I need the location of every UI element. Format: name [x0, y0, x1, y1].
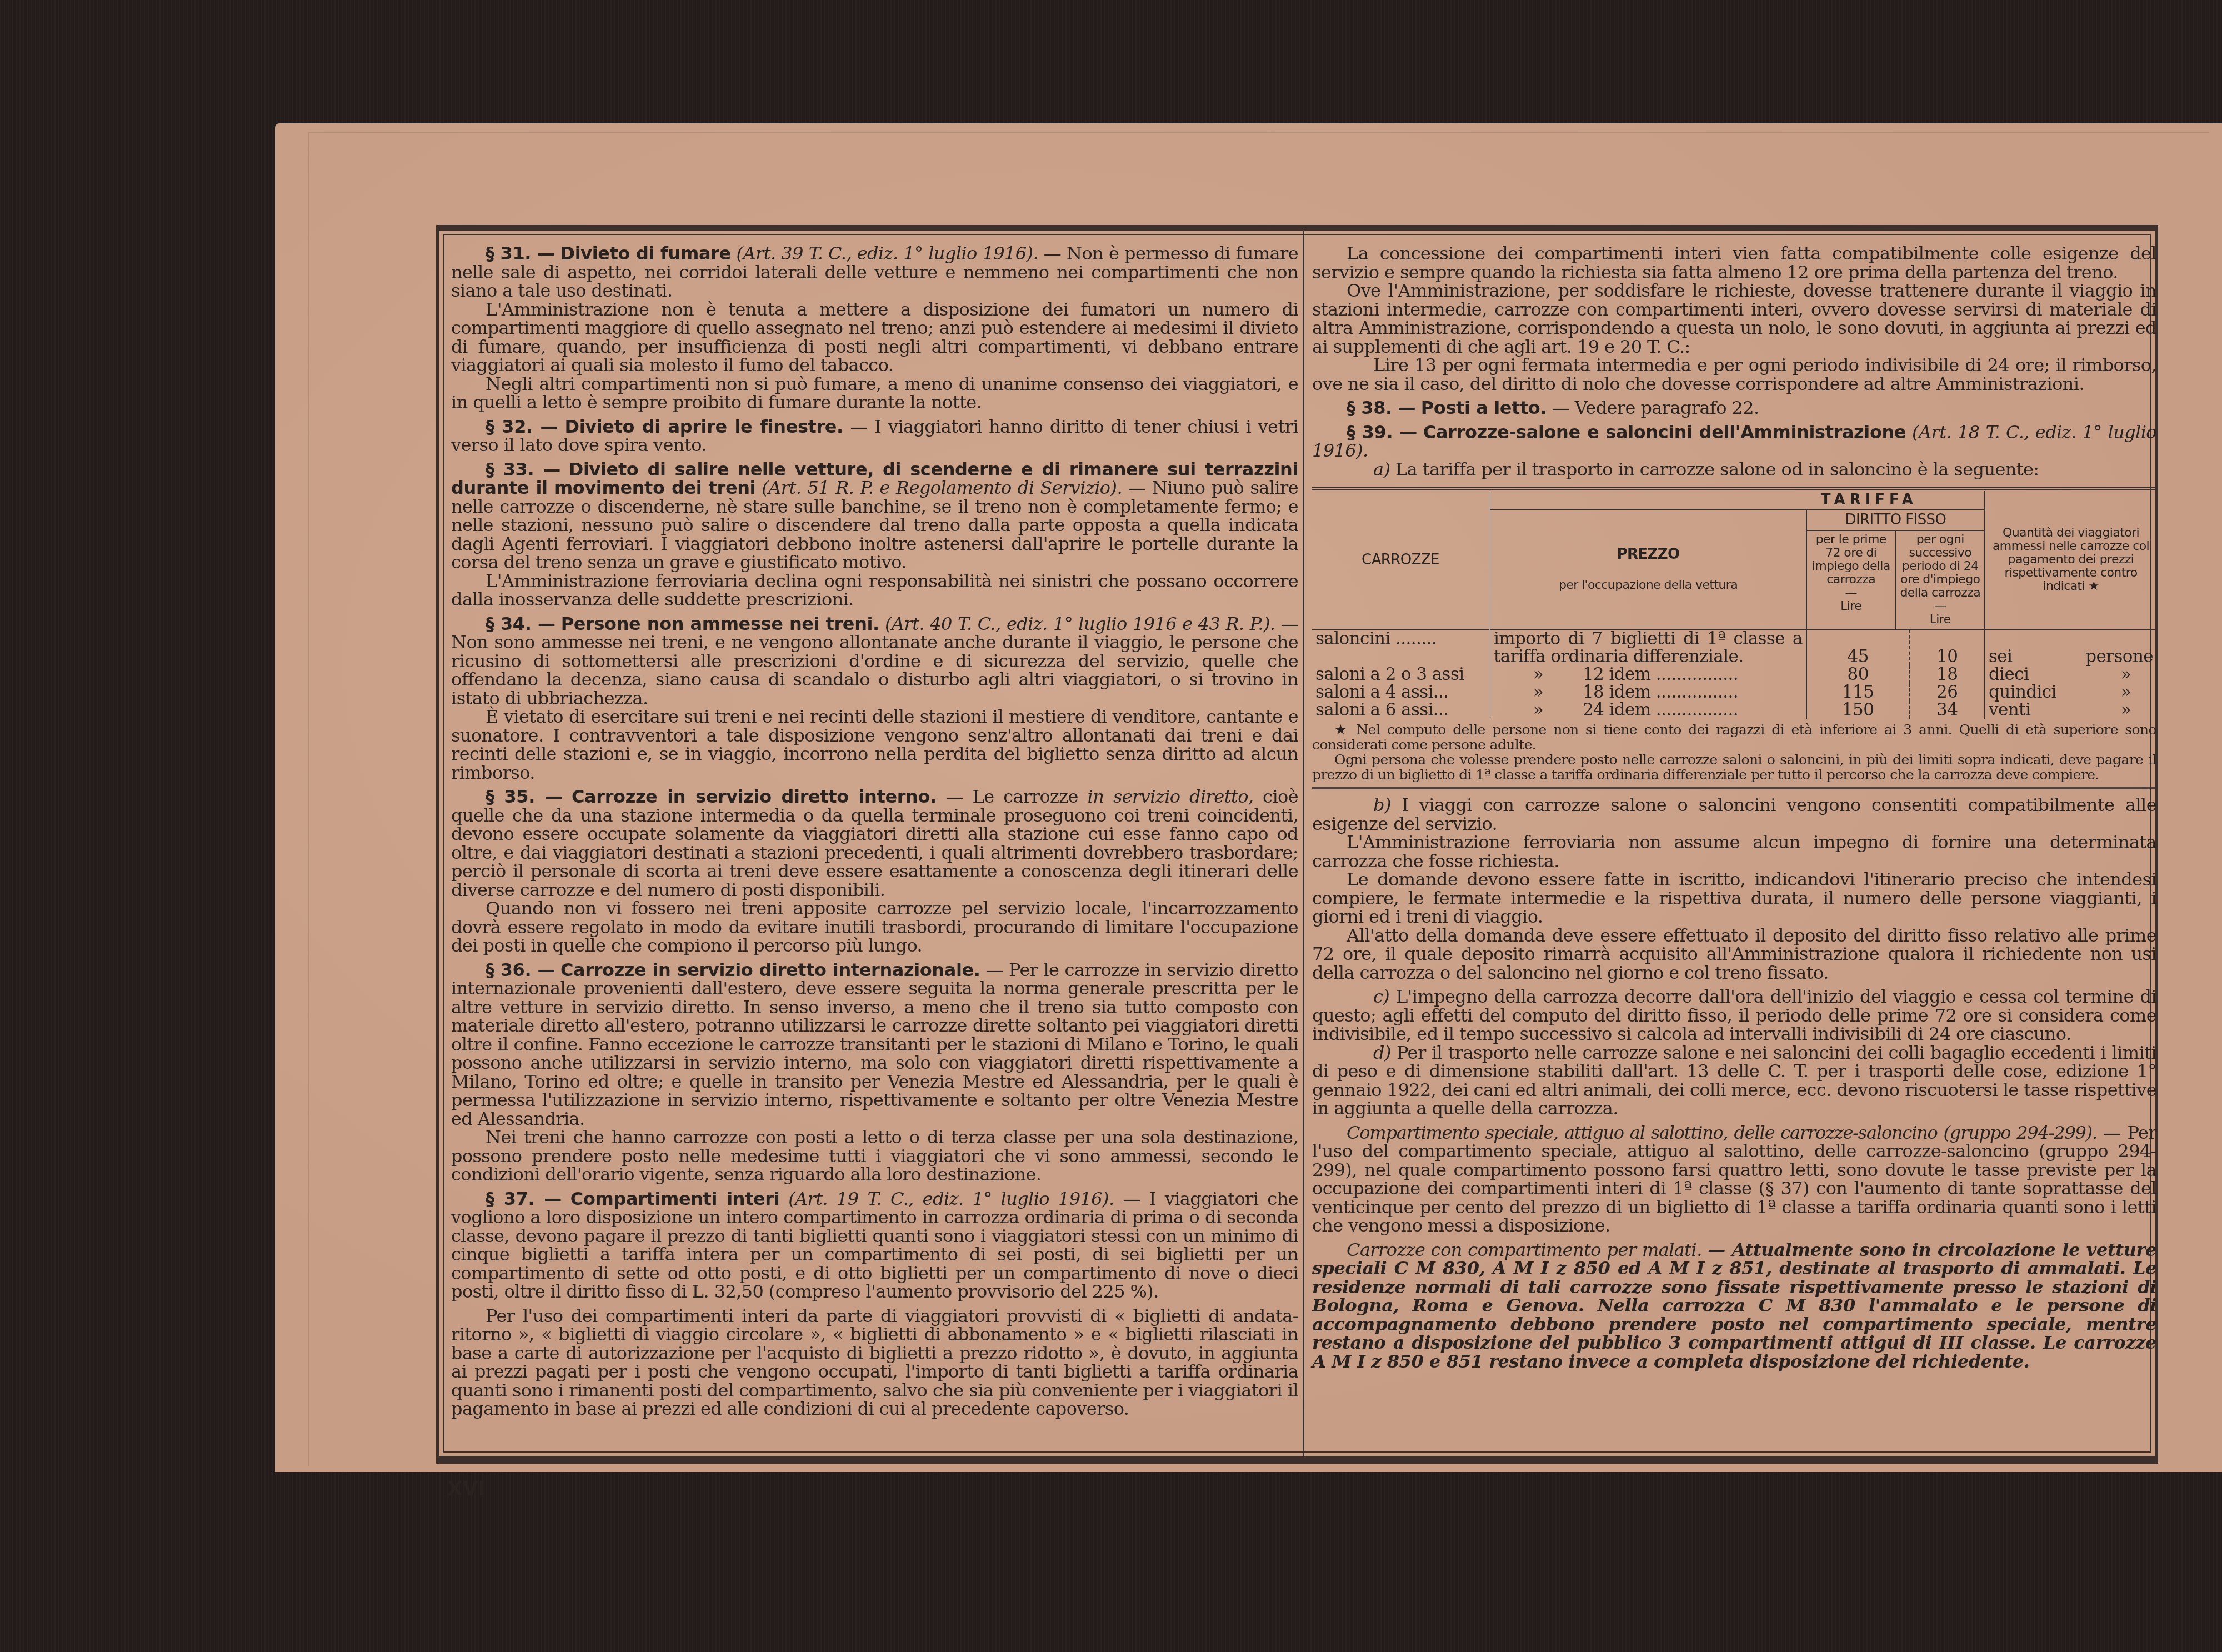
table-header-diritto-fisso: DIRITTO FISSO per le prime 72 ore di imp…	[1806, 509, 1985, 629]
cell-prime-72: 80	[1806, 665, 1909, 683]
section-34: § 34. — Persone non ammesse nei treni. (…	[451, 615, 1298, 708]
cell-prezzo-pre: importo di 7	[1494, 629, 1603, 649]
cell-prime-72: 45	[1806, 629, 1909, 665]
section-39-b: b) I viaggi con carrozze salone o salonc…	[1312, 796, 2156, 833]
section-37-paragraph: Per l'uso dei compartimenti interi da pa…	[451, 1307, 1298, 1419]
table-footnote-star: ★ Nel computo delle persone non si tiene…	[1312, 722, 2156, 752]
special-compartment-title: Compartimento speciale, attiguo al salot…	[1347, 1122, 2097, 1143]
section-39: § 39. — Carrozze-salone e saloncini dell…	[1312, 423, 2156, 460]
column-divider	[1303, 228, 1304, 1456]
section-37: § 37. — Compartimenti interi (Art. 19 T.…	[451, 1190, 1298, 1301]
table-footnote-extra-persons: Ogni persona che volesse prendere posto …	[1312, 752, 2156, 782]
table-header-carrozze: CARROZZE	[1312, 491, 1490, 629]
tariffa-table: CARROZZE TARIFFA Quantità dei viaggiator…	[1312, 487, 2156, 719]
table-row: saloni a 4 assi... »18 idem ............…	[1312, 683, 2156, 701]
table-header-prime-72-text: per le prime 72 ore di impiego della car…	[1809, 533, 1893, 587]
section-37-continued: Lire 13 per ogni fermata intermedia e pe…	[1312, 356, 2156, 393]
section-31: § 31. — Divieto di fumare (Art. 39 T. C.…	[451, 244, 1298, 301]
section-39-a-text: La tariffa per il trasporto in carrozze …	[1395, 459, 2039, 480]
section-34-title: Persone non ammesse nei treni.	[561, 613, 879, 634]
section-39-d-label: d)	[1373, 1042, 1391, 1063]
horizontal-rule	[1312, 787, 2156, 789]
sick-compartment: Carrozze con compartimento per malati. —…	[1312, 1241, 2156, 1371]
cell-quantita-value: sei	[1989, 647, 2012, 667]
section-37-title: Compartimenti interi	[570, 1188, 779, 1209]
table-header-dash: —	[1899, 600, 1983, 613]
cell-quantita: venti »	[1985, 701, 2156, 719]
section-39-b-text: I viaggi con carrozze salone o saloncini…	[1312, 794, 2156, 834]
section-39-number: § 39. —	[1347, 422, 1417, 443]
cell-prezzo-text: 12 idem ................	[1583, 664, 1738, 684]
cell-prezzo-pre: »	[1494, 683, 1583, 701]
section-33-ref: (Art. 51 R. P. e Regolamento di Servizio…	[762, 477, 1122, 498]
section-39-c: c) L'impegno della carrozza decorre dall…	[1312, 988, 2156, 1044]
section-38-number: § 38. —	[1347, 397, 1415, 418]
section-31-paragraph: Negli altri compartimenti non si può fum…	[451, 375, 1298, 412]
section-37-ref: (Art. 19 T. C., ediz. 1° luglio 1916).	[788, 1188, 1114, 1209]
section-36-number: § 36. —	[486, 959, 555, 980]
section-31-paragraph: L'Amministrazione non è tenuta a mettere…	[451, 301, 1298, 375]
table-footnotes: ★ Nel computo delle persone non si tiene…	[1312, 722, 2156, 782]
section-34-paragraph: È vietato di esercitare sui treni e nei …	[451, 708, 1298, 782]
section-35-title: Carrozze in servizio diretto interno.	[572, 786, 937, 807]
cell-quantita-unit: »	[2121, 701, 2131, 719]
section-39-b-label: b)	[1373, 794, 1391, 815]
section-31-title: Divieto di fumare	[560, 243, 730, 264]
section-37-continued: La concessione dei compartimenti interi …	[1312, 244, 2156, 282]
cell-successivo-24: 26	[1909, 683, 1985, 701]
table-header-prezzo-sub: per l'occupazione della vettura	[1493, 579, 1804, 592]
table-header-dash: —	[1809, 587, 1893, 600]
cell-prezzo-pre: »	[1494, 701, 1583, 719]
section-33: § 33. — Divieto di salire nelle vetture,…	[451, 460, 1298, 572]
table-header-prezzo: PREZZO per l'occupazione della vettura	[1490, 509, 1807, 629]
cell-prezzo-text: 18 idem ................	[1583, 682, 1738, 702]
section-31-number: § 31. —	[486, 243, 555, 264]
table-header-tariffa: TARIFFA	[1490, 491, 1985, 509]
table-header-unit: Lire	[1899, 613, 1983, 627]
section-39-paragraph: L'Amministrazione ferroviaria non assume…	[1312, 833, 2156, 870]
table-header-successivo-24-text: per ogni successivo periodo di 24 ore d'…	[1899, 533, 1983, 600]
section-37-continued: Ove l'Amministrazione, per soddisfare le…	[1312, 282, 2156, 356]
cell-prezzo: »12 idem ................	[1490, 665, 1807, 683]
cell-quantita-unit: persone	[2085, 648, 2153, 665]
section-35-lead-italic: in servizio diretto,	[1088, 786, 1254, 807]
table-row: saloni a 2 o 3 assi »12 idem ...........…	[1312, 665, 2156, 683]
cell-carrozza: saloni a 6 assi...	[1312, 701, 1490, 719]
cell-prezzo: »24 idem ................	[1490, 701, 1807, 719]
section-35-paragraph: Quando non vi fossero nei treni apposite…	[451, 899, 1298, 955]
section-38-title: Posti a letto.	[1421, 397, 1547, 418]
cell-prezzo: »18 idem ................	[1490, 683, 1807, 701]
cell-successivo-24: 18	[1909, 665, 1985, 683]
table-header-successivo-24: per ogni successivo periodo di 24 ore d'…	[1895, 531, 1985, 629]
cell-quantita-value: dieci	[1989, 664, 2029, 684]
section-37-number: § 37. —	[486, 1188, 562, 1209]
section-35: § 35. — Carrozze in servizio diretto int…	[451, 788, 1298, 899]
section-32-title: Divieto di aprire le finestre.	[565, 416, 843, 437]
section-33-number: § 33. —	[486, 459, 560, 480]
table-header-prime-72: per le prime 72 ore di impiego della car…	[1807, 531, 1895, 629]
section-35-number: § 35. —	[486, 786, 562, 807]
sick-compartment-text: — Attualmente sono in circolazione le ve…	[1312, 1239, 2156, 1372]
section-34-ref: (Art. 40 T. C., ediz. 1° luglio 1916 e 4…	[885, 613, 1275, 634]
section-39-a: a) La tariffa per il trasporto in carroz…	[1312, 460, 2156, 479]
section-36-title: Carrozze in servizio diretto internazion…	[560, 959, 980, 980]
section-39-c-label: c)	[1373, 986, 1389, 1007]
sick-compartment-title: Carrozze con compartimento per malati.	[1347, 1239, 1702, 1260]
section-38: § 38. — Posti a letto. — Vedere paragraf…	[1312, 399, 2156, 418]
table-row: saloni a 6 assi... »24 idem ............…	[1312, 701, 2156, 719]
cell-quantita: quindici »	[1985, 683, 2156, 701]
cell-prezzo: importo di 7 biglietti di 1ª classe a ta…	[1490, 629, 1807, 665]
cell-quantita: sei persone	[1985, 629, 2156, 665]
section-36-paragraph: Nei treni che hanno carrozze con posti a…	[451, 1128, 1298, 1184]
table-header-prezzo-title: PREZZO	[1493, 547, 1804, 562]
cell-prezzo-text: 24 idem ................	[1583, 700, 1738, 720]
cell-carrozza: saloni a 4 assi...	[1312, 683, 1490, 701]
cell-successivo-24: 34	[1909, 701, 1985, 719]
cell-quantita-value: quindici	[1989, 682, 2056, 702]
section-39-d-text: Per il trasporto nelle carrozze salone e…	[1312, 1042, 2156, 1119]
section-34-number: § 34. —	[486, 613, 555, 634]
cell-quantita-unit: »	[2121, 683, 2131, 701]
section-32: § 32. — Divieto di aprire le finestre. —…	[451, 418, 1298, 455]
section-38-lead: — Vedere paragrafo 22.	[1552, 397, 1759, 418]
table-header-quantita: Quantità dei viaggiatori ammessi nelle c…	[1985, 491, 2156, 629]
cell-quantita-unit: »	[2121, 665, 2131, 683]
page-number: XVI	[447, 1478, 486, 1500]
section-39-c-text: L'impegno della carrozza decorre dall'or…	[1312, 986, 2156, 1044]
cell-quantita: dieci »	[1985, 665, 2156, 683]
section-36-lead: — Per le carrozze in servizio diretto in…	[451, 959, 1298, 1129]
left-column: § 31. — Divieto di fumare (Art. 39 T. C.…	[451, 244, 1298, 1419]
section-32-number: § 32. —	[486, 416, 558, 437]
section-35-lead-pre: — Le carrozze	[945, 786, 1078, 807]
section-39-a-label: a)	[1373, 459, 1390, 480]
right-column: La concessione dei compartimenti interi …	[1312, 244, 2156, 1371]
cell-prezzo-pre: »	[1494, 665, 1583, 683]
section-31-ref: (Art. 39 T. C., ediz. 1° luglio 1916).	[737, 243, 1038, 264]
section-39-paragraph: All'atto della domanda deve essere effet…	[1312, 927, 2156, 983]
section-33-paragraph: L'Amministrazione ferroviaria declina og…	[451, 572, 1298, 609]
cell-carrozza: saloncini ........	[1312, 629, 1490, 665]
table-header-unit: Lire	[1809, 600, 1893, 613]
table-row: saloncini ........ importo di 7 bigliett…	[1312, 629, 2156, 665]
section-39-d: d) Per il trasporto nelle carrozze salon…	[1312, 1044, 2156, 1118]
cell-prime-72: 150	[1806, 701, 1909, 719]
section-39-paragraph: Le domande devono essere fatte in iscrit…	[1312, 870, 2156, 927]
section-39-title: Carrozze-salone e saloncini dell'Amminis…	[1423, 422, 1906, 443]
cell-prime-72: 115	[1806, 683, 1909, 701]
cell-successivo-24: 10	[1909, 629, 1985, 665]
cell-quantita-value: venti	[1989, 700, 2030, 720]
cell-carrozza: saloni a 2 o 3 assi	[1312, 665, 1490, 683]
special-compartment: Compartimento speciale, attiguo al salot…	[1312, 1124, 2156, 1235]
table-header-diritto-title: DIRITTO FISSO	[1807, 510, 1984, 531]
section-36: § 36. — Carrozze in servizio diretto int…	[451, 961, 1298, 1129]
